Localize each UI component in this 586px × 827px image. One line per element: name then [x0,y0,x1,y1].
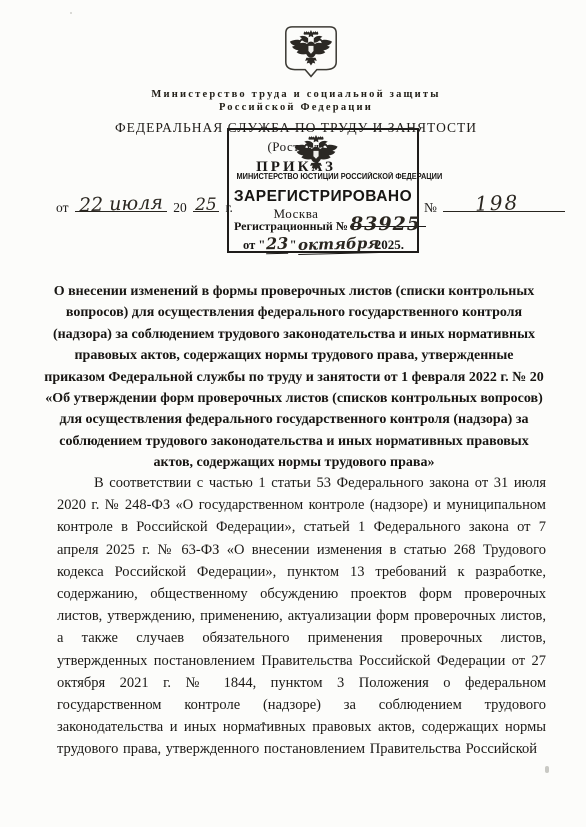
order-title: О внесении изменений в формы проверочных… [44,281,544,474]
reg-number-blank-line: 83925 [350,213,426,227]
order-date-field: от 22 июля 20 25 г. [56,196,233,216]
scan-speck [70,12,72,14]
ministry-line2: Российской Федерации [6,102,586,115]
stamp-authority: МИНИСТЕРСТВО ЮСТИЦИИ РОССИЙСКОЙ ФЕДЕРАЦИ… [237,172,410,181]
order-body-paragraph: В соответствии с частью 1 статьи 53 Феде… [57,472,546,761]
scan-speck [262,722,265,725]
year-prefix: 20 [173,200,187,215]
number-blank-line: 198 [443,196,565,212]
handwritten-month: октября [297,234,379,255]
ministry-name: Министерство труда и социальной защиты Р… [6,89,586,114]
scanned-order-document: Министерство труда и социальной защиты Р… [0,0,586,827]
minjust-eagle-icon [293,135,339,171]
handwritten-day: 23 [266,234,289,254]
order-number-field: № 198 [424,196,568,216]
reg-number-label: Регистрационный № [234,219,348,233]
year-blank-line: 25 [193,196,219,212]
stamp-quote-open: " [258,238,265,252]
date-prefix: от [56,200,68,215]
stamp-date-prefix: от [243,238,255,252]
ministry-line1: Министерство труда и социальной защиты [6,89,586,102]
date-blank-line: 22 июля [75,196,167,212]
handwritten-number: 198 [475,190,520,216]
stamp-quote-close: " [290,238,297,252]
scan-speck [545,766,549,773]
coat-of-arms-icon [284,23,338,83]
handwritten-year: 25 [195,195,217,215]
handwritten-reg-number: 83925 [350,213,421,235]
stamp-registration-number: Регистрационный №83925 [234,213,413,234]
stamp-status: ЗАРЕГИСТРИРОВАНО [229,188,417,206]
handwritten-date: 22 июля [79,192,164,217]
registration-stamp: МИНИСТЕРСТВО ЮСТИЦИИ РОССИЙСКОЙ ФЕДЕРАЦИ… [227,128,419,253]
stamp-registration-date: от "23"октября2025. [243,234,404,254]
number-sign: № [424,200,437,215]
